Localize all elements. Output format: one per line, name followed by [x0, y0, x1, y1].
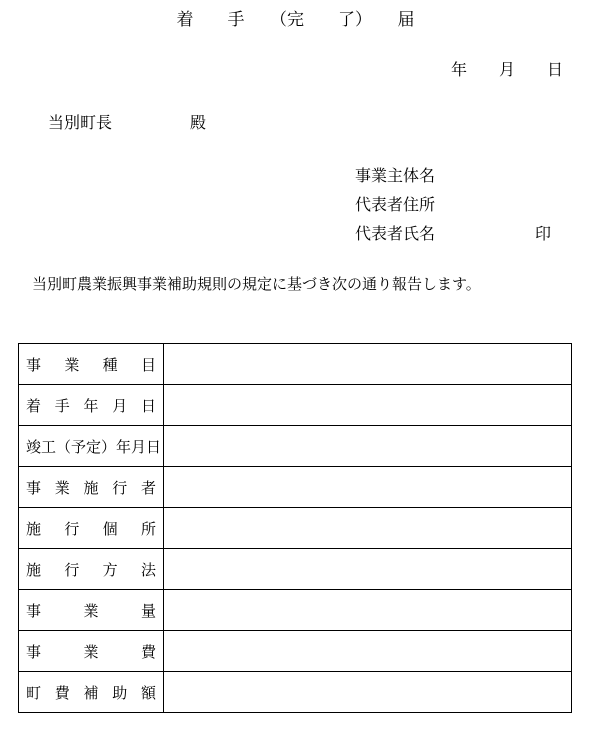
sender-name-row: 代表者氏名 印 [355, 220, 575, 249]
document-page: 着 手 （完 了） 届 年 月 日 当別町長殿 事業主体名 代表者住所 代表者氏… [0, 0, 591, 729]
table-row: 施行方法 [19, 549, 572, 590]
body-text: 当別町農業振興事業補助規則の規定に基づき次の通り報告します。 [32, 276, 481, 294]
sender-entity-row: 事業主体名 [355, 162, 575, 191]
row-label: 事業量 [19, 590, 164, 631]
row-label: 施行個所 [19, 508, 164, 549]
recipient-honorific: 殿 [190, 116, 206, 132]
page-title: 着 手 （完 了） 届 [0, 11, 591, 28]
row-value-cell[interactable] [164, 631, 572, 672]
table-row: 事業費 [19, 631, 572, 672]
row-value-cell[interactable] [164, 590, 572, 631]
row-value-cell[interactable] [164, 467, 572, 508]
table-row: 竣工（予定）年月日 [19, 426, 572, 467]
row-value-cell[interactable] [164, 508, 572, 549]
recipient-name: 当別町長 [48, 115, 112, 132]
seal-label: 印 [535, 220, 551, 249]
row-value-cell[interactable] [164, 549, 572, 590]
row-label: 施行方法 [19, 549, 164, 590]
report-table: 事業種目 着手年月日 竣工（予定）年月日 事業施行者 施行個所 施行方法 [18, 343, 572, 713]
row-value-cell[interactable] [164, 344, 572, 385]
date-line: 年 月 日 [451, 63, 563, 79]
table-row: 事業量 [19, 590, 572, 631]
sender-address-row: 代表者住所 [355, 191, 575, 220]
row-value-cell[interactable] [164, 672, 572, 713]
row-label: 事業種目 [19, 344, 164, 385]
table-row: 町費補助額 [19, 672, 572, 713]
row-value-cell[interactable] [164, 426, 572, 467]
table-row: 施行個所 [19, 508, 572, 549]
sender-address-label: 代表者住所 [355, 197, 435, 214]
table-row: 事業施行者 [19, 467, 572, 508]
recipient-line: 当別町長殿 [48, 116, 206, 132]
sender-name-label: 代表者氏名 [355, 226, 435, 243]
row-value-cell[interactable] [164, 385, 572, 426]
row-label: 町費補助額 [19, 672, 164, 713]
table-row: 事業種目 [19, 344, 572, 385]
row-label: 竣工（予定）年月日 [19, 426, 164, 467]
table-row: 着手年月日 [19, 385, 572, 426]
row-label: 着手年月日 [19, 385, 164, 426]
sender-block: 事業主体名 代表者住所 代表者氏名 印 [355, 162, 575, 249]
sender-entity-label: 事業主体名 [355, 168, 435, 185]
row-label: 事業費 [19, 631, 164, 672]
row-label: 事業施行者 [19, 467, 164, 508]
